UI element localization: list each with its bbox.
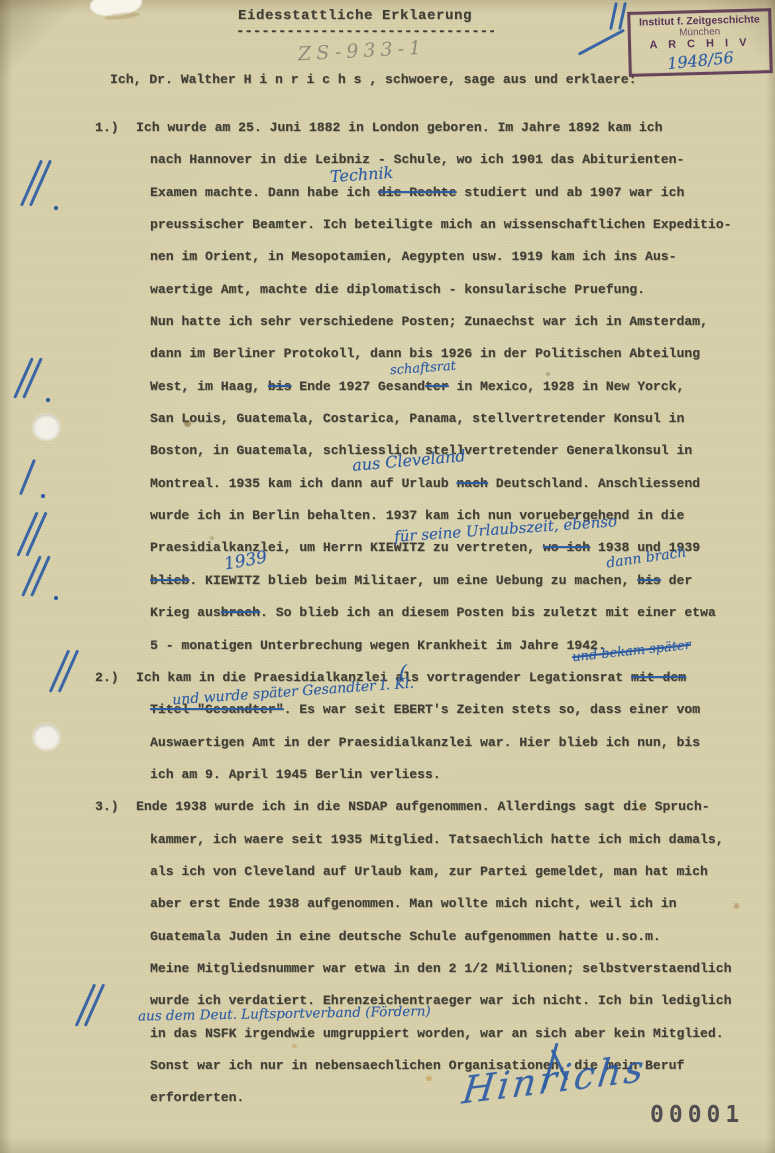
- struck-text: wo ich: [543, 540, 590, 555]
- paragraph-number: 3.): [95, 791, 136, 823]
- typed-line: Titel "Gesandter". Es war seit EBERT's Z…: [95, 694, 755, 726]
- page-number-stamp: 00001: [650, 1102, 744, 1128]
- pen-stroke: [19, 459, 36, 495]
- typed-text: kammer, ich waere seit 1935 Mitglied. Ta…: [150, 832, 724, 847]
- typed-text: nen im Orient, in Mesopotamien, Aegypten…: [150, 249, 676, 264]
- pen-stroke: [618, 2, 626, 30]
- pen-dot: [54, 206, 58, 210]
- typed-line: wurde ich in Berlin behalten. 1937 kam i…: [95, 500, 755, 532]
- typed-text: . KIEWITZ blieb beim Militaer, um eine U…: [189, 573, 637, 588]
- document-page: Eidesstattliche Erklaerung -------------…: [0, 0, 775, 1153]
- pen-dot: [54, 596, 58, 600]
- pen-stroke: [21, 555, 41, 596]
- struck-text: ter: [425, 379, 449, 394]
- typed-line: Guatemala Juden in eine deutsche Schule …: [95, 921, 755, 953]
- pen-stroke: [22, 357, 42, 398]
- typed-text: Ich kam in die Praesidialkanzlei als vor…: [136, 670, 631, 685]
- typed-text: Nun hatte ich sehr verschiedene Posten; …: [150, 314, 708, 329]
- title-underline: --------------------------------: [236, 24, 494, 40]
- pen-stroke: [30, 555, 50, 596]
- typed-text: Praesidialkanzlei, um Herrn KIEWITZ zu v…: [150, 540, 543, 555]
- typed-text: Examen machte. Dann habe ich: [150, 185, 378, 200]
- struck-text: bis: [637, 573, 661, 588]
- pen-dot: [46, 398, 50, 402]
- archive-stamp: Institut f. Zeitgeschichte München A R C…: [627, 8, 773, 77]
- typed-line: Montreal. 1935 kam ich dann auf Urlaub n…: [95, 468, 755, 500]
- pen-stroke: [16, 512, 38, 557]
- typed-text: wurde ich verdatiert. Ehrenzeichentraege…: [150, 993, 731, 1008]
- typed-text: 1938 und 1939: [590, 540, 700, 555]
- typed-line: Meine Mitgliedsnummer war etwa in den 2 …: [95, 953, 755, 985]
- typed-text: studiert und ab 1907 war ich: [456, 185, 684, 200]
- typed-text: als ich von Cleveland auf Urlaub kam, zu…: [150, 864, 708, 879]
- struck-text: bis: [268, 379, 292, 394]
- typed-line: Sonst war ich nur in nebensaechlichen Or…: [95, 1050, 755, 1082]
- typed-line: Auswaertigen Amt in der Praesidialkanzle…: [95, 727, 755, 759]
- typed-text: wurde ich in Berlin behalten. 1937 kam i…: [150, 508, 684, 523]
- typed-line: Praesidialkanzlei, um Herrn KIEWITZ zu v…: [95, 532, 755, 564]
- pen-stroke: [29, 160, 52, 207]
- typed-line: nen im Orient, in Mesopotamien, Aegypten…: [95, 241, 755, 273]
- typed-text: Krieg aus: [150, 605, 221, 620]
- pencil-reference: ZS-933-1: [298, 37, 427, 66]
- paper-stain: [104, 11, 140, 21]
- paragraph-number: 1.): [95, 112, 136, 144]
- typed-text: Meine Mitgliedsnummer war etwa in den 2 …: [150, 961, 731, 976]
- intro-line: Ich, Dr. Walther H i n r i c h s , schwo…: [110, 72, 636, 87]
- typed-line: kammer, ich waere seit 1935 Mitglied. Ta…: [95, 824, 755, 856]
- document-title: Eidesstattliche Erklaerung: [238, 8, 472, 24]
- typed-text: nach Hannover in die Leibniz - Schule, w…: [150, 152, 684, 167]
- punch-hole: [33, 724, 60, 750]
- typed-line: Krieg ausbrach. So blieb ich an diesem P…: [95, 597, 755, 629]
- typed-text: . Es war seit EBERT's Zeiten stets so, d…: [284, 702, 700, 717]
- pen-stroke: [609, 2, 617, 30]
- typed-text: erforderten.: [150, 1090, 244, 1105]
- typed-text: . So blieb ich an diesem Posten bis zule…: [260, 605, 716, 620]
- typed-line: 5 - monatigen Unterbrechung wegen Krankh…: [95, 630, 755, 662]
- typed-line: blieb. KIEWITZ blieb beim Militaer, um e…: [95, 565, 755, 597]
- typed-text: San Louis, Guatemala, Costarica, Panama,…: [150, 411, 684, 426]
- typed-text: Auswaertigen Amt in der Praesidialkanzle…: [150, 735, 700, 750]
- pen-stroke: [49, 649, 70, 692]
- pen-dot: [41, 494, 45, 498]
- pen-stroke: [578, 29, 625, 56]
- typed-text: in das NSFK irgendwie umgruppiert worden…: [150, 1026, 724, 1041]
- typed-line: 1.)Ich wurde am 25. Juni 1882 in London …: [95, 112, 755, 144]
- typed-line: dann im Berliner Protokoll, dann bis 192…: [95, 338, 755, 370]
- typed-text: West, im Haag,: [150, 379, 268, 394]
- typed-text: Ich wurde am 25. Juni 1882 in London geb…: [136, 120, 662, 135]
- typed-text: dann im Berliner Protokoll, dann bis 192…: [150, 346, 700, 361]
- typed-line: aber erst Ende 1938 aufgenommen. Man wol…: [95, 888, 755, 920]
- typed-line: Boston, in Guatemala, schliesslich stell…: [95, 435, 755, 467]
- typed-text: der: [661, 573, 692, 588]
- pen-stroke: [75, 983, 96, 1026]
- typed-text: aber erst Ende 1938 aufgenommen. Man wol…: [150, 896, 676, 911]
- paper-stain: [89, 0, 143, 19]
- struck-text: die Rechte: [378, 185, 457, 200]
- pen-stroke: [13, 357, 33, 398]
- typed-line: ich am 9. April 1945 Berlin verliess.: [95, 759, 755, 791]
- typed-text: Montreal. 1935 kam ich dann auf Urlaub: [150, 476, 456, 491]
- typed-line: West, im Haag, bis Ende 1927 Gesandter i…: [95, 371, 755, 403]
- pen-stroke: [58, 649, 79, 692]
- typed-line: als ich von Cleveland auf Urlaub kam, zu…: [95, 856, 755, 888]
- typed-line: wurde ich verdatiert. Ehrenzeichentraege…: [95, 985, 755, 1017]
- typed-text: 5 - monatigen Unterbrechung wegen Krankh…: [150, 638, 606, 653]
- typed-line: 3.)Ende 1938 wurde ich in die NSDAP aufg…: [95, 791, 755, 823]
- typed-line: San Louis, Guatemala, Costarica, Panama,…: [95, 403, 755, 435]
- typed-text: ich am 9. April 1945 Berlin verliess.: [150, 767, 441, 782]
- typed-text: Guatemala Juden in eine deutsche Schule …: [150, 929, 661, 944]
- typed-line: waertige Amt, machte die diplomatisch - …: [95, 274, 755, 306]
- document-body: 1.)Ich wurde am 25. Juni 1882 in London …: [95, 112, 755, 1115]
- typed-line: preussischer Beamter. Ich beteiligte mic…: [95, 209, 755, 241]
- typed-line: in das NSFK irgendwie umgruppiert worden…: [95, 1018, 755, 1050]
- typed-text: Ende 1927 Gesand: [291, 379, 425, 394]
- pen-stroke: [25, 512, 47, 557]
- struck-text: Titel "Gesandter": [150, 702, 284, 717]
- struck-text: brach: [221, 605, 260, 620]
- punch-hole: [33, 414, 60, 440]
- typed-text: Deutschland. Anschliessend: [488, 476, 700, 491]
- typed-line: 2.)Ich kam in die Praesidialkanzlei als …: [95, 662, 755, 694]
- pen-stroke: [20, 160, 43, 207]
- typed-text: preussischer Beamter. Ich beteiligte mic…: [150, 217, 731, 232]
- typed-text: waertige Amt, machte die diplomatisch - …: [150, 282, 645, 297]
- struck-text: blieb: [150, 573, 189, 588]
- typed-text: Ende 1938 wurde ich in die NSDAP aufgeno…: [136, 799, 710, 814]
- struck-text: mit dem: [631, 670, 686, 685]
- paragraph-number: 2.): [95, 662, 136, 694]
- typed-line: nach Hannover in die Leibniz - Schule, w…: [95, 144, 755, 176]
- typed-line: Examen machte. Dann habe ich die Rechte …: [95, 177, 755, 209]
- typed-text: in Mexico, 1928 in New Yorck,: [449, 379, 685, 394]
- typed-line: Nun hatte ich sehr verschiedene Posten; …: [95, 306, 755, 338]
- struck-text: nach: [456, 476, 487, 491]
- typed-text: Boston, in Guatemala, schliesslich stell…: [150, 443, 692, 458]
